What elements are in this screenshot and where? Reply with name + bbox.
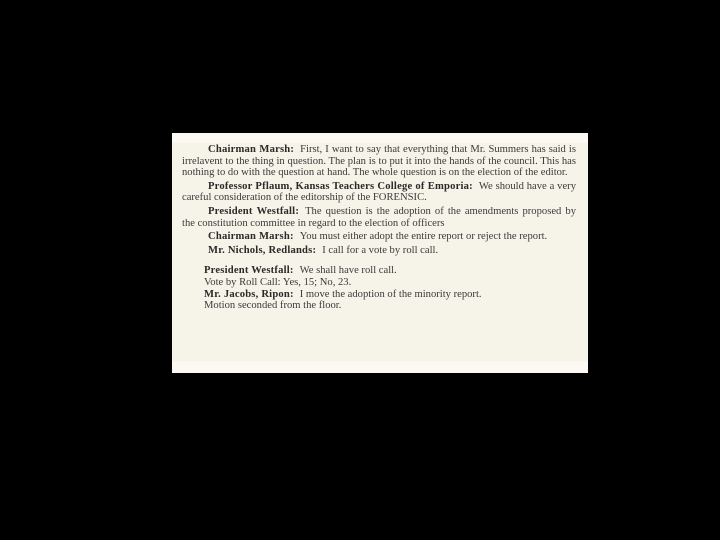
speech-text: I call for a vote by roll call.	[322, 245, 438, 256]
paragraph: Professor Pflaum, Kansas Teachers Colleg…	[182, 181, 576, 204]
speech-text: Vote by Roll Call: Yes, 15; No, 23.	[204, 277, 351, 288]
speech-text: I move the adoption of the minority repo…	[300, 289, 482, 300]
speaker-label: Chairman Marsh:	[208, 144, 294, 155]
paragraph: President Westfall:The question is the a…	[182, 206, 576, 229]
paragraph: President Westfall:We shall have roll ca…	[182, 265, 576, 277]
speaker-label: Professor Pflaum, Kansas Teachers Colleg…	[208, 181, 473, 192]
paragraph: Motion seconded from the floor.	[182, 300, 576, 312]
speaker-label: President Westfall:	[204, 265, 294, 276]
page-top-margin	[172, 133, 588, 143]
speaker-label: President Westfall:	[208, 206, 299, 217]
transcript-text: Chairman Marsh:First, I want to say that…	[182, 144, 576, 312]
document-page: Chairman Marsh:First, I want to say that…	[172, 133, 588, 373]
paragraph: Mr. Nichols, Redlands:I call for a vote …	[182, 245, 576, 257]
paragraph: Chairman Marsh:First, I want to say that…	[182, 144, 576, 179]
speaker-label: Chairman Marsh:	[208, 231, 294, 242]
speech-text: You must either adopt the entire report …	[300, 231, 548, 242]
speaker-label: Mr. Nichols, Redlands:	[208, 245, 316, 256]
page-bottom-margin	[172, 361, 588, 373]
speaker-label: Mr. Jacobs, Ripon:	[204, 289, 294, 300]
paragraph: Vote by Roll Call: Yes, 15; No, 23.	[182, 277, 576, 289]
paragraph: Chairman Marsh:You must either adopt the…	[182, 231, 576, 243]
speech-text: We shall have roll call.	[300, 265, 397, 276]
paragraph: Mr. Jacobs, Ripon:I move the adoption of…	[182, 289, 576, 301]
speech-text: Motion seconded from the floor.	[204, 300, 341, 311]
